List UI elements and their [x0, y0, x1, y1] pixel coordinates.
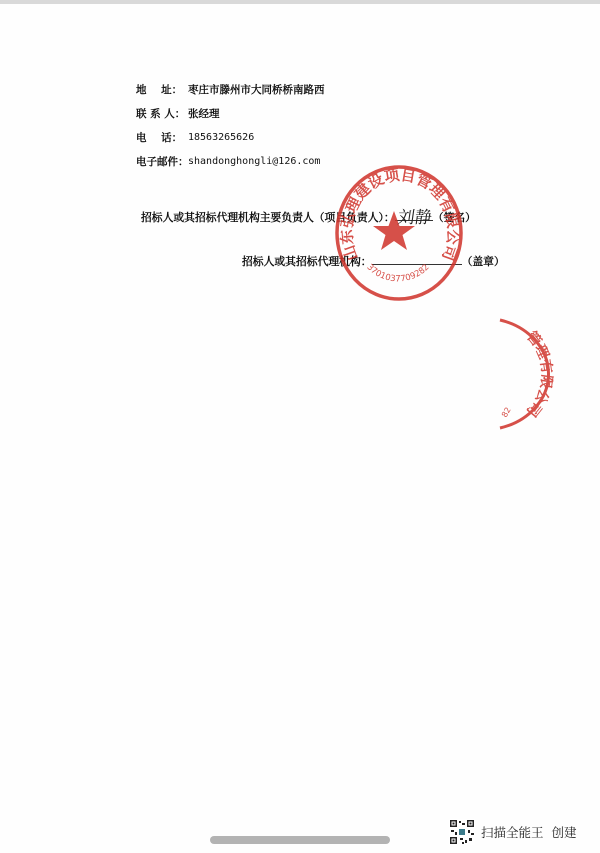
phone-value: 18563265626	[188, 132, 254, 143]
email-value: shandonghongli@126.com	[188, 156, 320, 167]
svg-text:82: 82	[500, 406, 513, 419]
partial-seal-stamp: 管理有限公司 82	[496, 318, 600, 430]
handwritten-signature: 刘静	[396, 203, 434, 228]
email-row: 电子邮件： shandonghongli@126.com	[136, 149, 325, 173]
contact-person-row: 联 系 人： 张经理	[136, 101, 325, 125]
camscanner-watermark: 扫描全能王 创建	[449, 819, 576, 845]
address-value: 枣庄市滕州市大同桥桥南路西	[188, 82, 325, 97]
company-seal-stamp: 山东弘理建设项目管理有限公司 3701037709282	[334, 161, 464, 301]
svg-text:管理有限公司: 管理有限公司	[523, 328, 555, 420]
seal-code-text: 3701037709282	[364, 262, 431, 284]
watermark-text: 扫描全能王 创建	[481, 823, 576, 841]
address-label: 地 址：	[136, 82, 188, 97]
top-edge-bar	[0, 0, 600, 4]
phone-row: 电 话： 18563265626	[136, 125, 325, 149]
phone-label: 电 话：	[136, 130, 188, 145]
seal-suffix: （盖章）	[462, 255, 505, 268]
contact-person-label: 联 系 人：	[136, 106, 188, 121]
qr-code-icon	[449, 819, 475, 845]
email-label: 电子邮件：	[136, 154, 188, 169]
home-indicator-bar[interactable]	[210, 836, 390, 844]
contact-person-value: 张经理	[188, 106, 220, 121]
address-row: 地 址： 枣庄市滕州市大同桥桥南路西	[136, 77, 325, 101]
contact-info: 地 址： 枣庄市滕州市大同桥桥南路西 联 系 人： 张经理 电 话： 18563…	[136, 77, 325, 173]
